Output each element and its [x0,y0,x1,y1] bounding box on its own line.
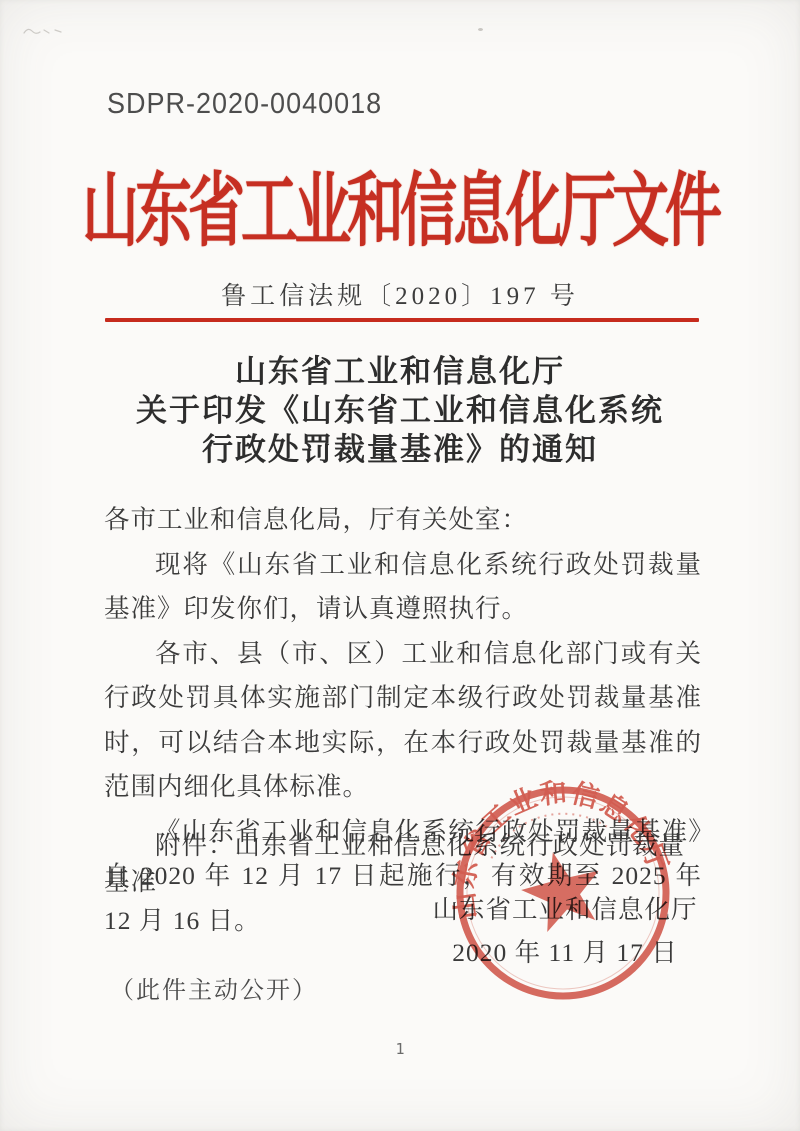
salutation-line: 各市工业和信息化局，厅有关处室： [104,498,702,543]
document-title-line-3: 行政处罚裁量基准》的通知 [0,430,800,469]
scan-artifact-mark [22,24,68,40]
document-title: 山东省工业和信息化厅 关于印发《山东省工业和信息化系统 行政处罚裁量基准》的通知 [0,352,800,469]
document-page: SDPR-2020-0040018 山东省工业和信息化厅文件 鲁工信法规〔202… [0,0,800,1131]
page-number: 1 [0,1040,800,1058]
document-reference-number: 鲁工信法规〔2020〕197 号 [0,276,800,312]
document-title-line-1: 山东省工业和信息化厅 [0,352,800,391]
red-divider-line [105,318,699,322]
document-registration-code: SDPR-2020-0040018 [107,88,382,121]
sign-date: 2020 年 11 月 17 日 [430,931,700,974]
body-paragraph-2: 各市、县（市、区）工业和信息化部门或有关行政处罚具体实施部门制定本级行政处罚裁量… [104,632,702,810]
body-paragraph-1: 现将《山东省工业和信息化系统行政处罚裁量基准》印发你们，请认真遵照执行。 [104,543,702,632]
disclosure-note: （此件主动公开） [110,970,318,1005]
signer-name: 山东省工业和信息化厅 [430,888,700,931]
letterhead-title: 山东省工业和信息化厅文件 [0,146,800,262]
document-title-line-2: 关于印发《山东省工业和信息化系统 [0,391,800,430]
scan-artifact-dot [478,28,483,31]
signature-block: 山东省工业和信息化厅 2020 年 11 月 17 日 [430,888,700,974]
